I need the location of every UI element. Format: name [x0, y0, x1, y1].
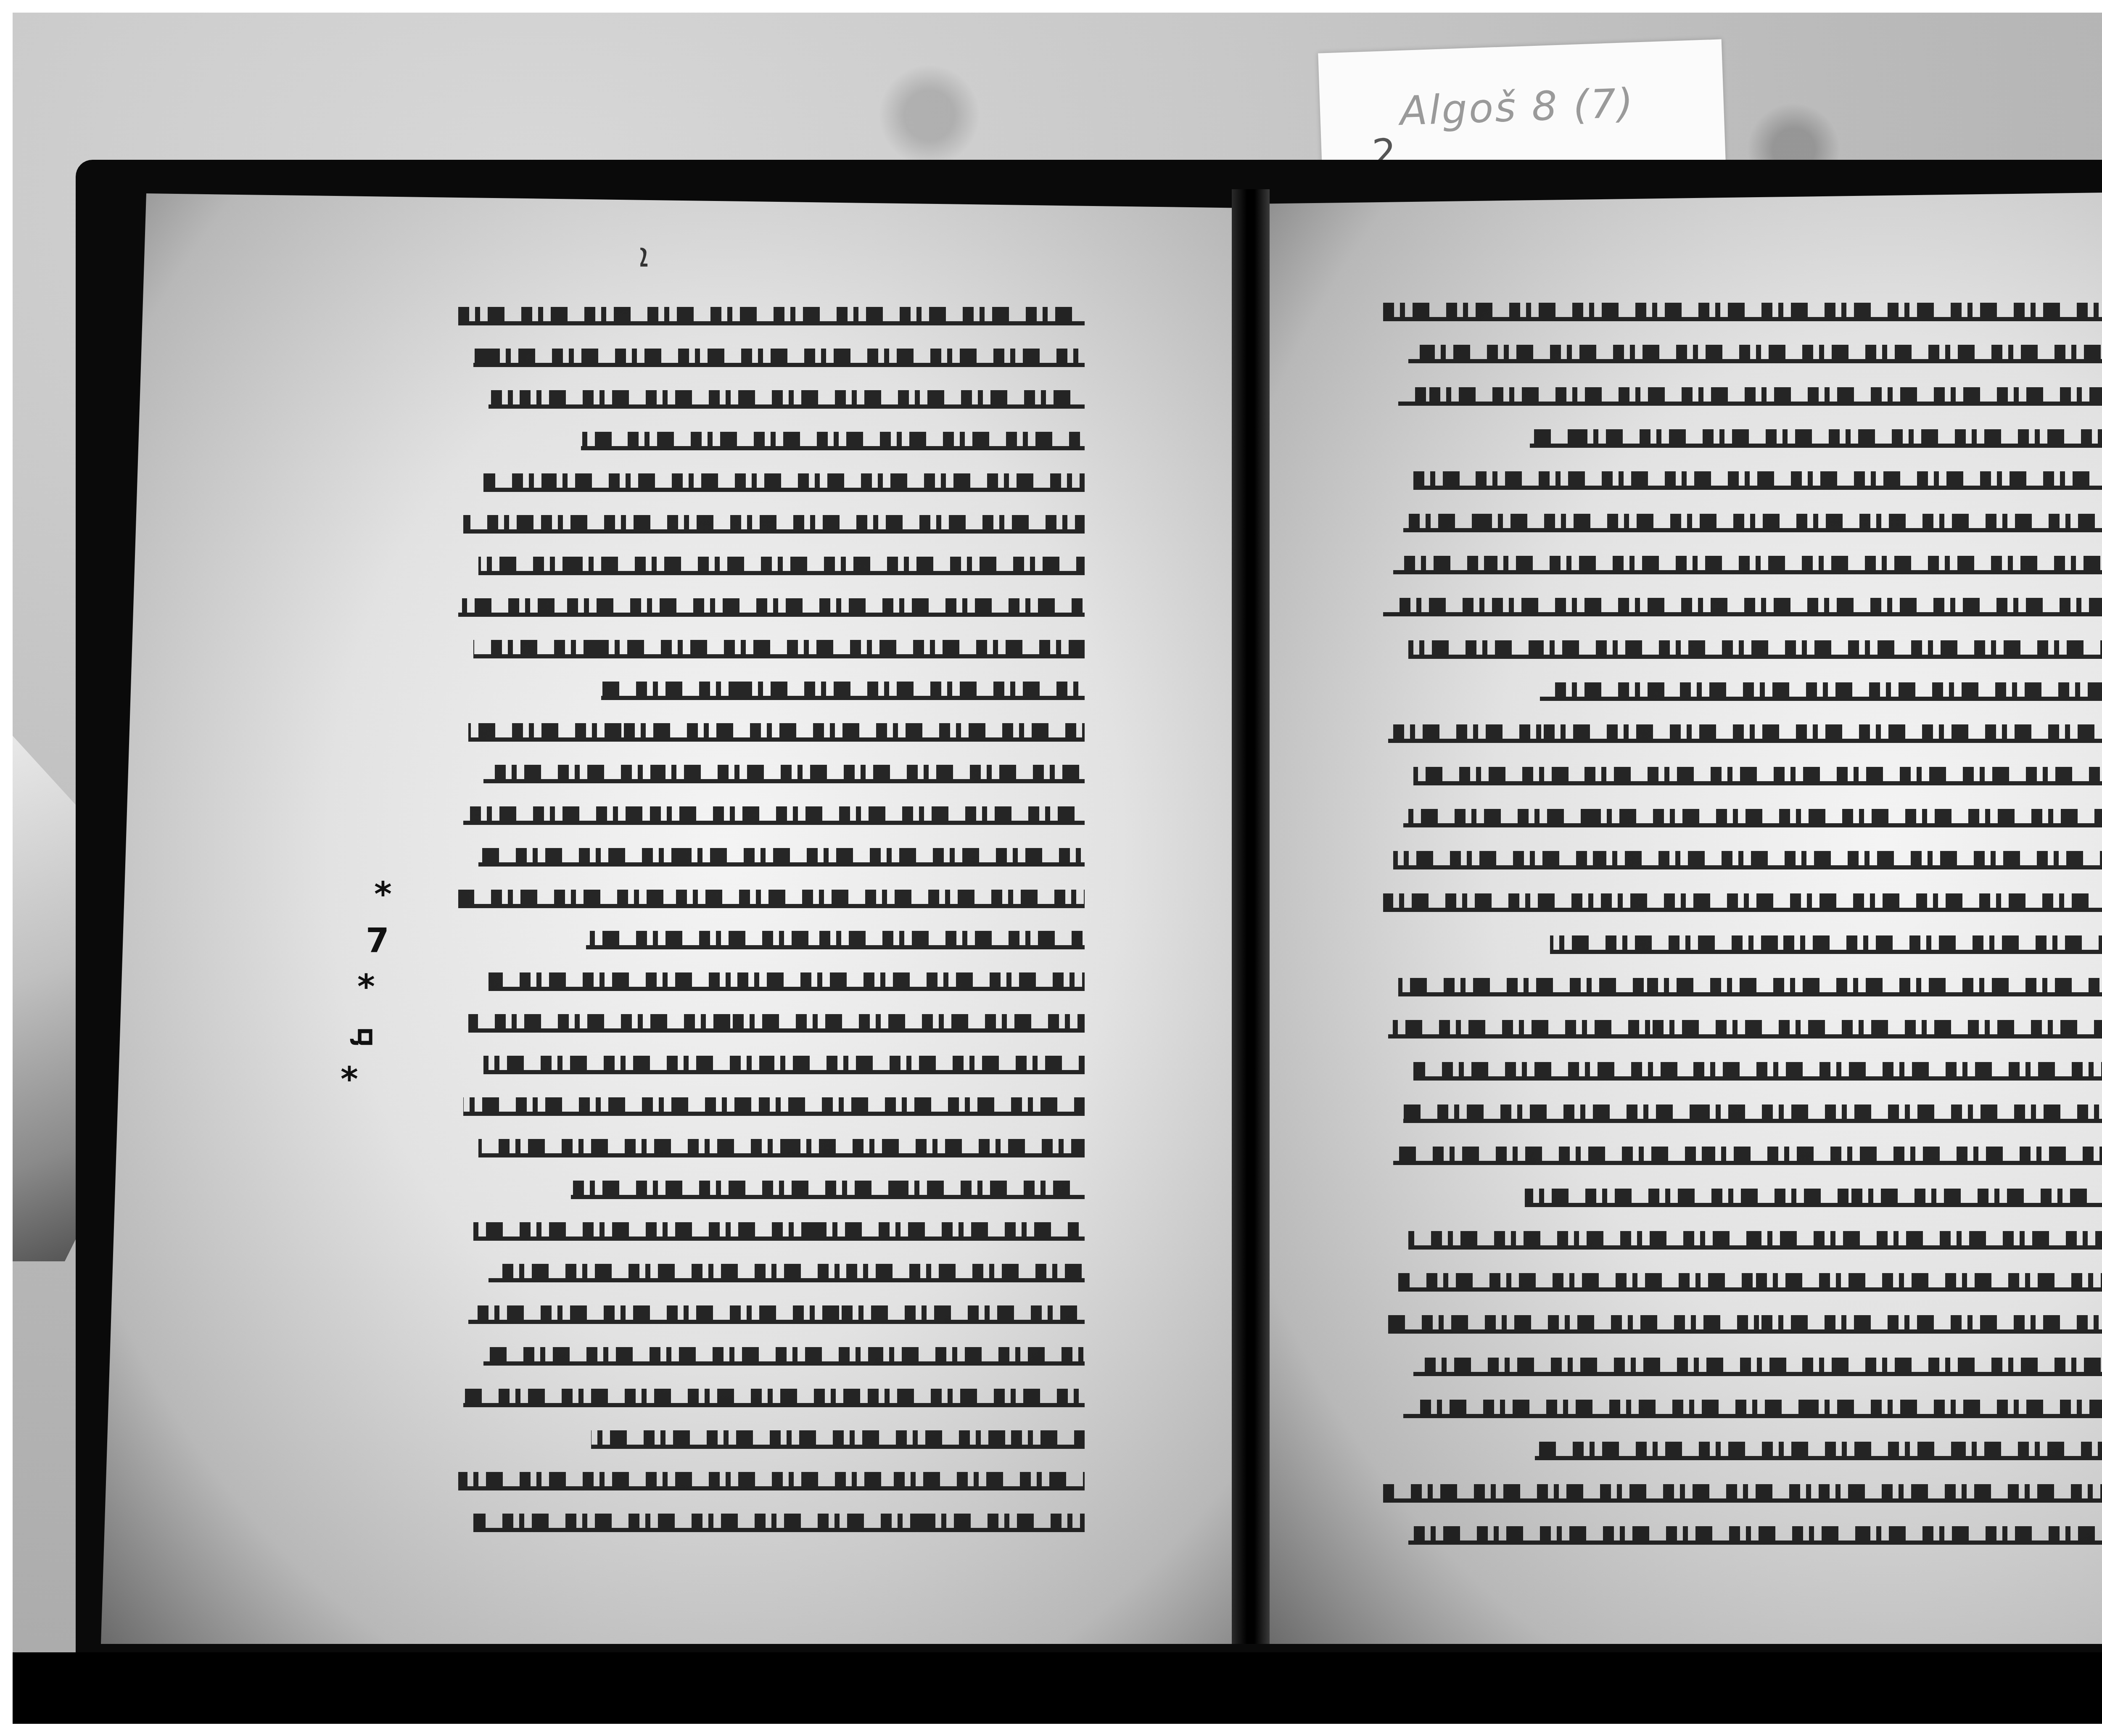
script-line	[591, 1430, 1085, 1449]
script-line	[478, 1139, 1085, 1157]
script-line	[601, 682, 1085, 700]
script-line	[458, 1472, 1085, 1490]
script-line	[1530, 429, 2102, 448]
script-line	[1383, 893, 2102, 912]
bottom-shadow	[13, 1652, 2102, 1724]
script-line	[473, 640, 1085, 658]
shelfmark-label: Algoš 8 (7) 2	[1318, 39, 1726, 175]
script-line	[1398, 387, 2102, 406]
script-line	[458, 598, 1085, 617]
script-line	[1393, 556, 2102, 574]
right-page	[1265, 189, 2102, 1644]
script-line	[1408, 345, 2102, 363]
script-line	[483, 1056, 1085, 1074]
script-line	[586, 931, 1085, 949]
script-line	[1398, 978, 2102, 996]
script-line	[1398, 1273, 2102, 1292]
manuscript-photo: Algoš 8 (7) 2 ܐ *7*ܩ* :!:	[13, 13, 2102, 1724]
script-line	[468, 1014, 1085, 1033]
script-line	[473, 1222, 1085, 1241]
margin-mark: *	[374, 875, 392, 914]
script-line	[1408, 1231, 2102, 1250]
script-line	[1550, 935, 2102, 954]
script-line	[1388, 724, 2102, 743]
script-line	[489, 1264, 1085, 1282]
image-frame: Algoš 8 (7) 2 ܐ *7*ܩ* :!:	[0, 0, 2102, 1736]
script-line	[581, 432, 1085, 450]
script-line	[1393, 851, 2102, 869]
script-line	[473, 349, 1085, 367]
script-line	[1403, 809, 2102, 827]
margin-mark: 7	[366, 921, 389, 960]
script-line	[1413, 1358, 2102, 1376]
script-line	[478, 848, 1085, 867]
script-line	[1388, 1020, 2102, 1038]
script-line	[1413, 1062, 2102, 1081]
script-line	[1383, 303, 2102, 321]
margin-mark: ܩ	[349, 1013, 374, 1053]
left-page	[101, 193, 1236, 1644]
script-line	[1403, 1104, 2102, 1123]
script-line	[468, 723, 1085, 742]
script-line	[489, 390, 1085, 409]
script-line	[1383, 598, 2102, 616]
margin-mark: *	[357, 967, 375, 1006]
script-line	[1408, 640, 2102, 659]
script-line	[463, 806, 1085, 825]
script-line	[1403, 1400, 2102, 1418]
script-line	[1383, 1484, 2102, 1503]
script-line	[458, 307, 1085, 325]
script-line	[478, 557, 1085, 575]
script-line	[463, 515, 1085, 534]
script-line	[571, 1181, 1085, 1199]
script-line	[1413, 767, 2102, 785]
script-line	[458, 890, 1085, 908]
script-line	[1403, 514, 2102, 532]
script-line	[1408, 1526, 2102, 1545]
folio-mark: ܐ	[639, 235, 648, 275]
script-line	[489, 972, 1085, 991]
script-line	[463, 1097, 1085, 1116]
script-line	[463, 1389, 1085, 1407]
script-line	[483, 1347, 1085, 1366]
script-line	[468, 1305, 1085, 1324]
script-line	[1525, 1189, 2102, 1207]
shelfmark-text: Algoš 8 (7)	[1399, 80, 1635, 135]
script-line	[483, 765, 1085, 783]
script-line	[483, 473, 1085, 492]
script-line	[473, 1514, 1085, 1532]
script-line	[1393, 1147, 2102, 1165]
script-line	[1540, 682, 2102, 701]
script-line	[1413, 471, 2102, 490]
book-gutter	[1232, 189, 1270, 1644]
script-line	[1388, 1315, 2102, 1334]
script-line	[1535, 1442, 2102, 1460]
margin-mark: *	[341, 1060, 358, 1099]
